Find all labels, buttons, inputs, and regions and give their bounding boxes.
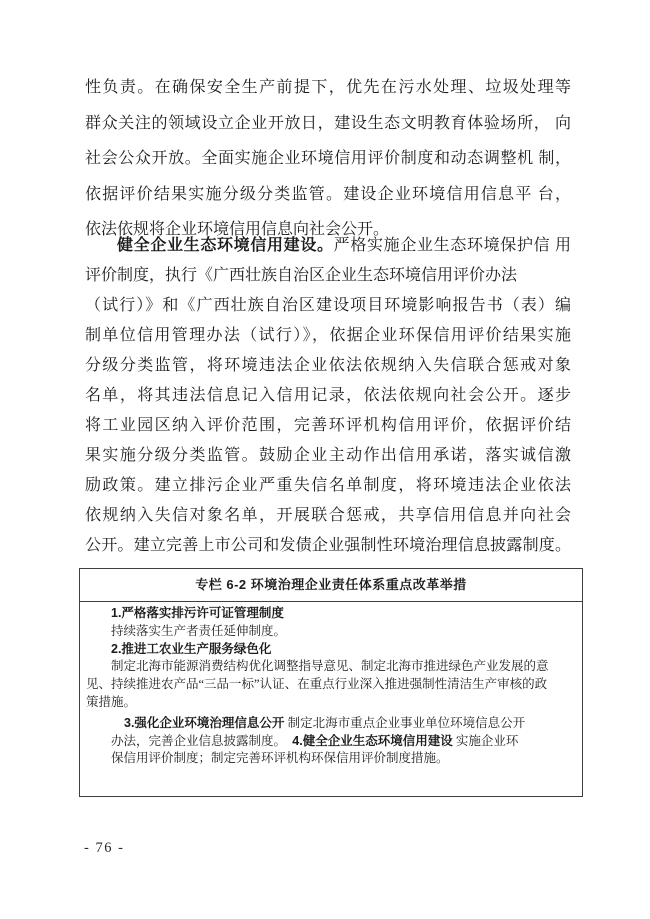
text-run: 依规纳入失信对象名单，开展联合惩戒，共享信用信息并向社会: [85, 507, 571, 524]
text-run: 性负责。在确保安全生产前提下，优先在污水处理、垃圾处理等: [85, 79, 571, 96]
text-run: 将工业园区纳入评价范围，完善环评机构信用评价，依据评价结: [85, 417, 571, 434]
text-run: （试行）》和《广西壮族自治区建设项目环境影响报告书（表）编: [85, 297, 571, 314]
document-page: { "document": { "background": "#ffffff",…: [0, 0, 650, 919]
text-run: 评价制度，执行《广西壮族自治区企业生态环境信用评价办法: [85, 267, 517, 284]
text-run: 社会公众开放。全面实施企业环境信用评价制度和动态调整机 制，: [85, 150, 571, 167]
text-run: 分级分类监管，将环境违法企业依法依规纳入失信联合惩戒对象: [85, 357, 571, 374]
text-line: 制定北海市能源消费结构优化调整指导意见、制定北海市推进绿色产业发展的意: [86, 658, 575, 676]
text-run: 严格实施企业生态环境保护信 用: [334, 237, 571, 254]
text-line: 公开。建立完善上市公司和发债企业强制性环境治理信息披露制度。: [85, 531, 571, 561]
text-run: 果实施分级分类监管。鼓励企业主动作出信用承诺，落实诚信激: [85, 447, 571, 464]
text-line: 健全企业生态环境信用建设。严格实施企业生态环境保护信 用: [85, 231, 571, 261]
text-line: 1.严格落实排污许可证管理制度: [86, 605, 575, 623]
text-run: 公开。建立完善上市公司和发债企业强制性环境治理信息披露制度。: [85, 537, 571, 554]
text-run: 见、持续推进农产品“三品一标”认证、在重点行业深入推进强制性清洁生产审核的政: [86, 677, 547, 691]
paragraph-continuation: 性负责。在确保安全生产前提下，优先在污水处理、垃圾处理等群众关注的领域设立企业开…: [85, 70, 571, 248]
text-run: 制定北海市重点企业事业单位环境信息公开: [284, 716, 525, 730]
text-line: 社会公众开放。全面实施企业环境信用评价制度和动态调整机 制，: [85, 141, 571, 177]
text-line: 将工业园区纳入评价范围，完善环评机构信用评价，依据评价结: [85, 411, 571, 441]
text-run: 策措施。: [86, 695, 136, 709]
text-run: 制定北海市能源消费结构优化调整指导意见、制定北海市推进绿色产业发展的意: [111, 659, 549, 673]
text-line: 励政策。建立排污企业严重失信名单制度，将环境违法企业依法: [85, 471, 571, 501]
text-run: 依据评价结果实施分级分类监管。建设企业环境信用信息平 台，: [85, 186, 571, 203]
text-line: 见、持续推进农产品“三品一标”认证、在重点行业深入推进强制性清洁生产审核的政: [86, 676, 575, 694]
text-run: 保信用评价制度；制定完善环评机构环保信用评价制度措施。: [111, 751, 449, 765]
text-line: 策措施。: [86, 694, 575, 712]
text-line: 依据评价结果实施分级分类监管。建设企业环境信用信息平 台，: [85, 177, 571, 213]
text-line: 评价制度，执行《广西壮族自治区企业生态环境信用评价办法: [85, 261, 571, 291]
text-line: 保信用评价制度；制定完善环评机构环保信用评价制度措施。: [86, 750, 575, 768]
text-line: 3.强化企业环境治理信息公开 制定北海市重点企业事业单位环境信息公开: [86, 715, 575, 733]
text-line: 办法，完善企业信息披露制度。 4.健全企业生态环境信用建设 实施企业环: [86, 733, 575, 751]
text-run: 实施企业环: [453, 734, 519, 748]
text-line: 依规纳入失信对象名单，开展联合惩戒，共享信用信息并向社会: [85, 501, 571, 531]
special-column-box: 专栏 6-2 环境治理企业责任体系重点改革举措 1.严格落实排污许可证管理制度持…: [79, 568, 583, 797]
text-line: 持续落实生产者责任延伸制度。: [86, 623, 575, 641]
text-line: 性负责。在确保安全生产前提下，优先在污水处理、垃圾处理等: [85, 70, 571, 106]
text-line: 分级分类监管，将环境违法企业依法依规纳入失信联合惩戒对象: [85, 351, 571, 381]
text-line: （试行）》和《广西壮族自治区建设项目环境影响报告书（表）编: [85, 291, 571, 321]
special-column-body: 1.严格落实排污许可证管理制度持续落实生产者责任延伸制度。2.推进工农业生产服务…: [80, 602, 582, 768]
text-run: 群众关注的领域设立企业开放日，建设生态文明教育体验场所， 向: [85, 115, 571, 132]
text-line: 制单位信用管理办法（试行）》，依据企业环保信用评价结果实施: [85, 321, 571, 351]
bold-text-run: 3.强化企业环境治理信息公开: [124, 716, 284, 730]
text-run: 办法，完善企业信息披露制度。: [111, 734, 292, 748]
bold-text-run: 健全企业生态环境信用建设。: [117, 237, 334, 254]
bold-text-run: 1.严格落实排污许可证管理制度: [111, 606, 284, 620]
text-run: 制单位信用管理办法（试行）》，依据企业环保信用评价结果实施: [85, 327, 571, 344]
text-run: 励政策。建立排污企业严重失信名单制度，将环境违法企业依法: [85, 477, 571, 494]
paragraph-credit-system: 健全企业生态环境信用建设。严格实施企业生态环境保护信 用评价制度，执行《广西壮族…: [85, 231, 571, 561]
text-run: 持续落实生产者责任延伸制度。: [111, 624, 286, 638]
text-line: 名单，将其违法信息记入信用记录，依法依规向社会公开。逐步: [85, 381, 571, 411]
text-run: 名单，将其违法信息记入信用记录，依法依规向社会公开。逐步: [85, 387, 571, 404]
text-line: 2.推进工农业生产服务绿色化: [86, 641, 575, 659]
bold-text-run: 4.健全企业生态环境信用建设: [292, 734, 452, 748]
special-column-title: 专栏 6-2 环境治理企业责任体系重点改革举措: [80, 569, 582, 602]
page-number: - 76 -: [84, 840, 124, 857]
text-line: 果实施分级分类监管。鼓励企业主动作出信用承诺，落实诚信激: [85, 441, 571, 471]
text-line: 群众关注的领域设立企业开放日，建设生态文明教育体验场所， 向: [85, 106, 571, 142]
bold-text-run: 2.推进工农业生产服务绿色化: [111, 642, 271, 656]
